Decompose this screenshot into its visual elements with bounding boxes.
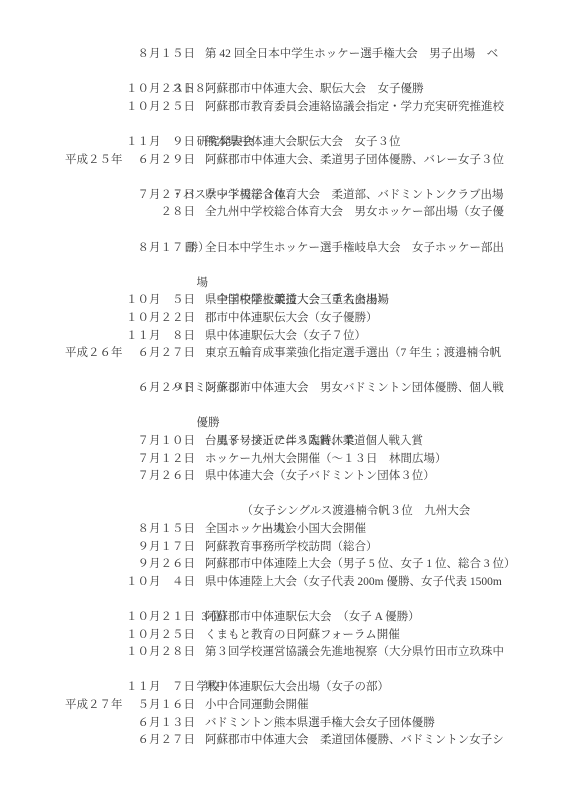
timeline-row-continuation: 場 (0, 257, 565, 275)
timeline-row: １０月２２日 郡市中体連駅伝大会（女子優勝） (0, 310, 565, 328)
event-text: 阿蘇郡市中体連大会 柔道団体優勝、バドミントン女子シ (205, 732, 504, 750)
date-cell: ７月２６日 (125, 468, 195, 486)
event-text: 阿蘇郡市中体連陸上大会（男子 5 位、女子 1 位、総合 3 位） (205, 556, 516, 574)
continuation-text: 場 (197, 275, 209, 293)
event-text: ホッケー九州大会開催（～１３日 林間広場） (205, 451, 447, 469)
timeline-row: １０月 ４日 県中体連陸上大会（女子代表 200m 優勝、女子代表 1500m (0, 574, 565, 592)
date-cell: １０月２５日 (125, 99, 195, 117)
event-text: 県中体連陸上大会（女子代表 200m 優勝、女子代表 1500m (205, 574, 502, 592)
date-cell: ８月１５日 (125, 46, 195, 64)
date-cell: ９月１７日 (125, 539, 195, 557)
date-cell: ５月１６日 (125, 697, 195, 715)
date-cell: ８月１７日 (125, 240, 195, 258)
date-cell: ８月１５日 (125, 521, 195, 539)
event-text: 県中学校陸上競技大会（７名出場） (205, 292, 389, 310)
date-cell: １０月２５日 (125, 627, 195, 645)
event-text: 全九州中学校総合体育大会 男女ホッケー部出場（女子優 (205, 204, 504, 222)
document-page: ８月１５日 第 42 回全日本中学生ホッケー選手権大会 男子出場 ベ スト８ １… (0, 0, 565, 800)
event-text: 県中体連駅伝大会出場（女子の部） (205, 679, 389, 697)
event-text: 県中学校総合体育大会 柔道部、バドミントンクラブ出場 (205, 187, 504, 205)
timeline-row-continuation: スト８ (0, 64, 565, 82)
timeline-row-continuation: 勝） (0, 222, 565, 240)
date-cell: １０月２８日 (125, 644, 195, 662)
event-text: 全国ホッケー大会小国大会開催 (205, 521, 366, 539)
event-text: 全日本中学生ホッケー選手権岐阜大会 女子ホッケー部出 (205, 240, 504, 258)
timeline-row: ９月１７日 阿蘇教育事務所学校訪問（総合） (0, 539, 565, 557)
timeline-row-continuation: バドミントン） (0, 363, 565, 381)
date-cell: ６月２７日 (125, 345, 195, 363)
date-cell: １１月 ８日 (125, 328, 195, 346)
date-cell: ９月２６日 (125, 556, 195, 574)
timeline-row: ６月２７日 阿蘇郡市中体連大会 柔道団体優勝、バドミントン女子シ (0, 732, 565, 750)
timeline-row-continuation: ・バスケット男子３位、 (0, 169, 565, 187)
event-text: 台風８号接近に伴う臨時休業 (205, 433, 355, 451)
continuation-text: 優勝 (197, 415, 220, 433)
timeline-row: 平成２５年 ６月２９日 阿蘇郡市中体連大会、柔道男子団体優勝、バレー女子３位 (0, 152, 565, 170)
timeline-row-continuation: 優勝 (0, 398, 565, 416)
event-text: くまもと教育の日阿蘇フォーラム開催 (205, 627, 400, 645)
timeline-row: ２８日 全九州中学校総合体育大会 男女ホッケー部出場（女子優 (0, 204, 565, 222)
event-text: 県中体連駅伝大会（女子７位） (205, 328, 366, 346)
timeline-row: 平成２７年 ５月１６日 小中合同運動会開催 (0, 697, 565, 715)
timeline-row: １０月２８日 第３回学校運営協議会先進地視察（大分県竹田市立玖珠中 (0, 644, 565, 662)
timeline-row: ９月２６日 阿蘇郡市中体連陸上大会（男子 5 位、女子 1 位、総合 3 位） (0, 556, 565, 574)
date-cell: １１月 ７日 (125, 679, 195, 697)
event-text: 郡市中体連駅伝大会（女子優勝） (205, 310, 378, 328)
timeline-row: １１月 ８日 県中体連駅伝大会（女子７位） (0, 328, 565, 346)
date-cell: １０月２２日 (125, 310, 195, 328)
timeline-row: 平成２６年 ６月２７日 東京五輪育成事業強化指定選手選出（7 年生；渡邉楠令帆 (0, 345, 565, 363)
timeline-row-continuation: 研究発表会 (0, 116, 565, 134)
date-cell: ６月２９日 (125, 380, 195, 398)
continuation-text: （女子シングルス渡邉楠令帆３位 九州大会 (242, 503, 471, 521)
year-cell: 平成２７年 (65, 697, 125, 715)
event-text: 第３回学校運営協議会先進地視察（大分県竹田市立玖珠中 (205, 644, 504, 662)
date-cell: １０月２１日 (125, 609, 195, 627)
event-list: ８月１５日 第 42 回全日本中学生ホッケー選手権大会 男子出場 ベ スト８ １… (0, 46, 565, 750)
timeline-row: １０月２５日 くまもと教育の日阿蘇フォーラム開催 (0, 627, 565, 645)
date-cell: ７月１０日 (125, 433, 195, 451)
date-cell: ６月２７日 (125, 732, 195, 750)
date-cell: １０月 ４日 (125, 574, 195, 592)
event-text: 阿蘇郡市中体連大会、柔道男子団体優勝、バレー女子３位 (205, 152, 504, 170)
date-cell: １０月２３日 (125, 81, 195, 99)
event-text: 阿蘇郡市中体連駅伝大会 （女子 A 優勝） (205, 609, 420, 627)
date-cell: ７月１２日 (125, 451, 195, 469)
timeline-row: ７月１２日 ホッケー九州大会開催（～１３日 林間広場） (0, 451, 565, 469)
event-text: 小中合同運動会開催 (205, 697, 309, 715)
timeline-row: １０月２５日 阿蘇郡市教育委員会連絡協議会指定・学力充実研究推進校 (0, 99, 565, 117)
event-text: 阿蘇郡市中体連大会、駅伝大会 女子優勝 (205, 81, 424, 99)
event-text: 第 42 回全日本中学生ホッケー選手権大会 男子出場 ベ (205, 46, 498, 64)
event-text: 阿蘇郡市教育委員会連絡協議会指定・学力充実研究推進校 (205, 99, 504, 117)
date-cell: １１月 ９日 (125, 134, 195, 152)
event-text: 東京五輪育成事業強化指定選手選出（7 年生；渡邉楠令帆 (205, 345, 501, 363)
date-cell: ７月２７日 (125, 187, 195, 205)
timeline-row-continuation: 学校） (0, 662, 565, 680)
event-text: 阿蘇郡市中体連大会 男女バドミントン団体優勝、個人戦 (205, 380, 504, 398)
event-text: 阿蘇教育事務所学校訪問（総合） (205, 539, 378, 557)
date-cell: ２８日 (125, 204, 195, 222)
date-cell: ６月２９日 (125, 152, 195, 170)
timeline-row-continuation: 3 位） (0, 591, 565, 609)
timeline-row: ８月１５日 第 42 回全日本中学生ホッケー選手権大会 男子出場 ベ (0, 46, 565, 64)
event-text: 県中体連大会（女子バドミントン団体３位） (205, 468, 435, 486)
event-text: 熊本県中体連大会駅伝大会 女子３位 (205, 134, 401, 152)
date-cell: ６月１３日 (125, 715, 195, 733)
date-cell: １０月 ５日 (125, 292, 195, 310)
timeline-row-continuation: （女子シングルス渡邉楠令帆３位 九州大会 (0, 486, 565, 504)
timeline-row: ７月２６日 県中体連大会（女子バドミントン団体３位） (0, 468, 565, 486)
event-text: バドミントン熊本県選手権大会女子団体優勝 (205, 715, 435, 733)
year-cell: 平成２５年 (65, 152, 125, 170)
year-cell: 平成２６年 (65, 345, 125, 363)
timeline-row: ６月１３日 バドミントン熊本県選手権大会女子団体優勝 (0, 715, 565, 733)
